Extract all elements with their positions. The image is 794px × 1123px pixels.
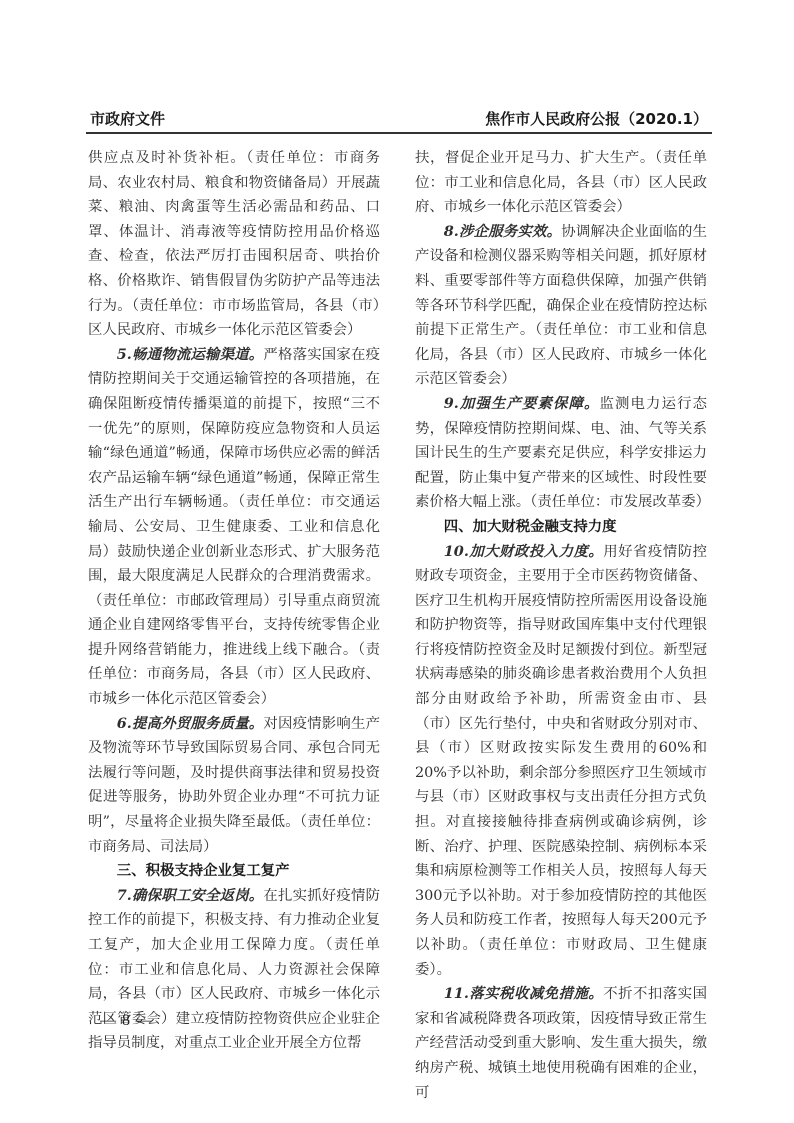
paragraph-item-7: 7.确保职工安全返岗。在扎实抓好疫情防控工作的前提下，积极支持、有力推动企业复工… <box>88 884 380 1056</box>
item-9-body: 监测电力运行态势，保障疫情防控期间煤、电、油、气等关系国计民生的生产要素充足供应… <box>415 396 710 510</box>
header-section-label: 市政府文件 <box>90 108 165 129</box>
paragraph-item-6: 6.提高外贸服务质量。对因疫情影响生产及物流等环节导致国际贸易合同、承包合同无法… <box>88 712 380 860</box>
page-number: — 8 — <box>100 1012 153 1030</box>
item-9-heading: 9.加强生产要素保障。 <box>444 395 600 412</box>
paragraph-continuation: 供应点及时补货补柜。（责任单位：市商务局、农业农村局、粮食和物资储备局）开展蔬菜… <box>88 146 380 343</box>
paragraph-item-5: 5.畅通物流运输渠道。严格落实国家在疫情防控期间关于交通运输管控的各项措施，在确… <box>88 343 380 712</box>
paragraph-item-8: 8.涉企服务实效。协调解决企业面临的生产设备和检测仪器采购等相关问题，抓好原材料… <box>415 220 707 392</box>
item-6-heading: 6.提高外贸服务质量。 <box>117 715 264 732</box>
running-header: 市政府文件 焦作市人民政府公报（2020.1） <box>86 104 712 134</box>
item-8-heading: 8.涉企服务实效。 <box>444 223 561 240</box>
item-11-heading: 11.落实税收减免措施。 <box>444 985 603 1002</box>
item-8-body: 协调解决企业面临的生产设备和检测仪器采购等相关问题，抓好原材料、重要零部件等方面… <box>415 224 707 388</box>
right-column: 扶，督促企业开足马力、扩大生产。（责任单位：市工业和信息化局，各县（市）区人民政… <box>415 146 707 1105</box>
item-5-heading: 5.畅通物流运输渠道。 <box>117 346 264 363</box>
section-heading-3: 三、积极支持企业复工复产 <box>88 859 380 884</box>
item-6-body: 对因疫情影响生产及物流等环节导致国际贸易合同、承包合同无法履行等问题，及时提供商… <box>88 716 380 855</box>
item-10-body: 用好省疫情防控财政专项资金，主要用于全市医药物资储备、医疗卫生机构开展疫情防控所… <box>415 544 707 978</box>
left-column: 供应点及时补货补柜。（责任单位：市商务局、农业农村局、粮食和物资储备局）开展蔬菜… <box>88 146 380 1056</box>
paragraph-item-10: 10.加大财政投入力度。用好省疫情防控财政专项资金，主要用于全市医药物资储备、医… <box>415 540 707 983</box>
item-11-body: 不折不扣落实国家和省减税降费各项政策，因疫情导致正常生产经营活动受到重大影响、发… <box>415 986 707 1100</box>
paragraph-item-11: 11.落实税收减免措施。不折不扣落实国家和省减税降费各项政策，因疫情导致正常生产… <box>415 982 707 1105</box>
section-heading-4: 四、加大财税金融支持力度 <box>415 515 707 540</box>
paragraph-item-9: 9.加强生产要素保障。监测电力运行态势，保障疫情防控期间煤、电、油、气等关系国计… <box>415 392 707 515</box>
item-7-heading: 7.确保职工安全返岗。 <box>117 887 264 904</box>
item-5-body: 严格落实国家在疫情防控期间关于交通运输管控的各项措施，在确保阻断疫情传播渠道的前… <box>88 347 380 707</box>
paragraph-continuation: 扶，督促企业开足马力、扩大生产。（责任单位：市工业和信息化局，各县（市）区人民政… <box>415 146 707 220</box>
item-10-heading: 10.加大财政投入力度。 <box>444 543 603 560</box>
header-publication-title: 焦作市人民政府公报（2020.1） <box>485 108 708 129</box>
